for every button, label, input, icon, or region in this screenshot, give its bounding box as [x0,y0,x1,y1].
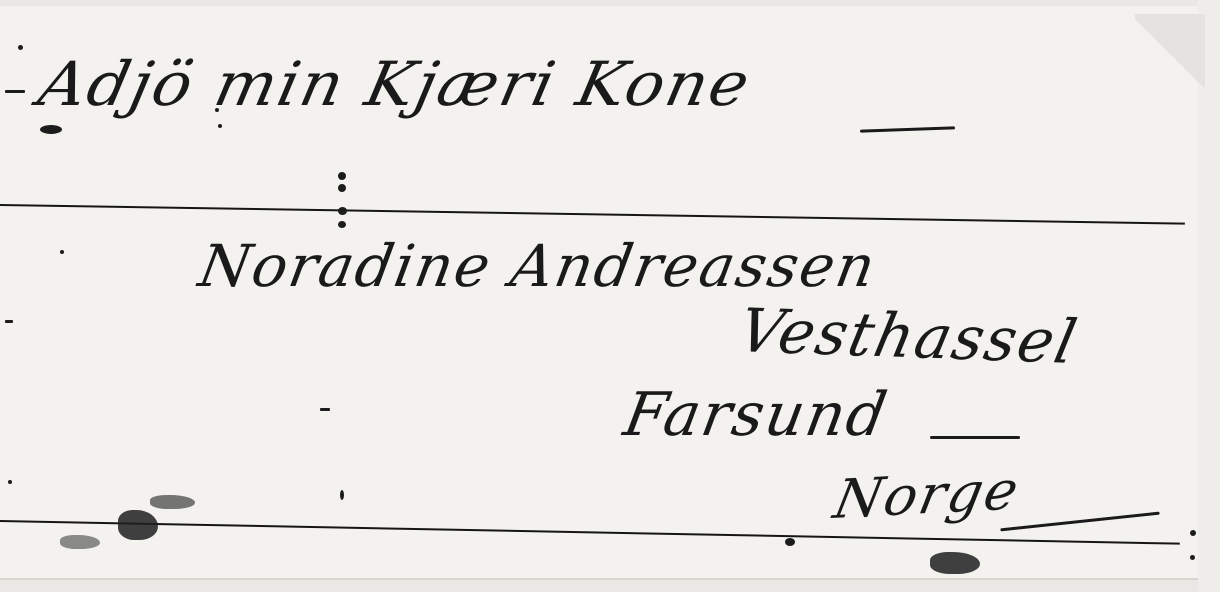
ink-speck [338,207,347,215]
folded-corner [1135,14,1205,94]
ink-smudge [118,510,158,540]
ink-speck [40,125,62,134]
ink-speck [18,45,23,50]
ink-speck [1190,530,1196,536]
ink-speck [338,221,346,228]
ink-speck [340,490,344,500]
ink-speck [5,320,13,323]
ink-speck [8,480,12,484]
ink-speck [1190,555,1195,560]
recipient-country: Norge [829,459,1026,531]
recipient-place: Vesthassel [733,296,1084,378]
city-trailing-stroke [930,436,1020,439]
ink-speck [785,538,795,546]
ink-smudge [930,552,980,574]
ink-speck [320,408,330,411]
ink-speck [218,124,222,128]
ink-speck [338,184,346,192]
ink-smudge [60,535,100,549]
ink-speck [215,108,219,112]
ink-speck [60,250,64,254]
greeting-line: Adjö min Kjæri Kone [33,50,758,120]
ink-speck [338,172,346,180]
ink-speck [5,90,25,93]
recipient-city: Farsund [619,380,894,450]
ink-smudge [150,495,195,509]
recipient-name: Noradine Andreassen [194,232,882,300]
